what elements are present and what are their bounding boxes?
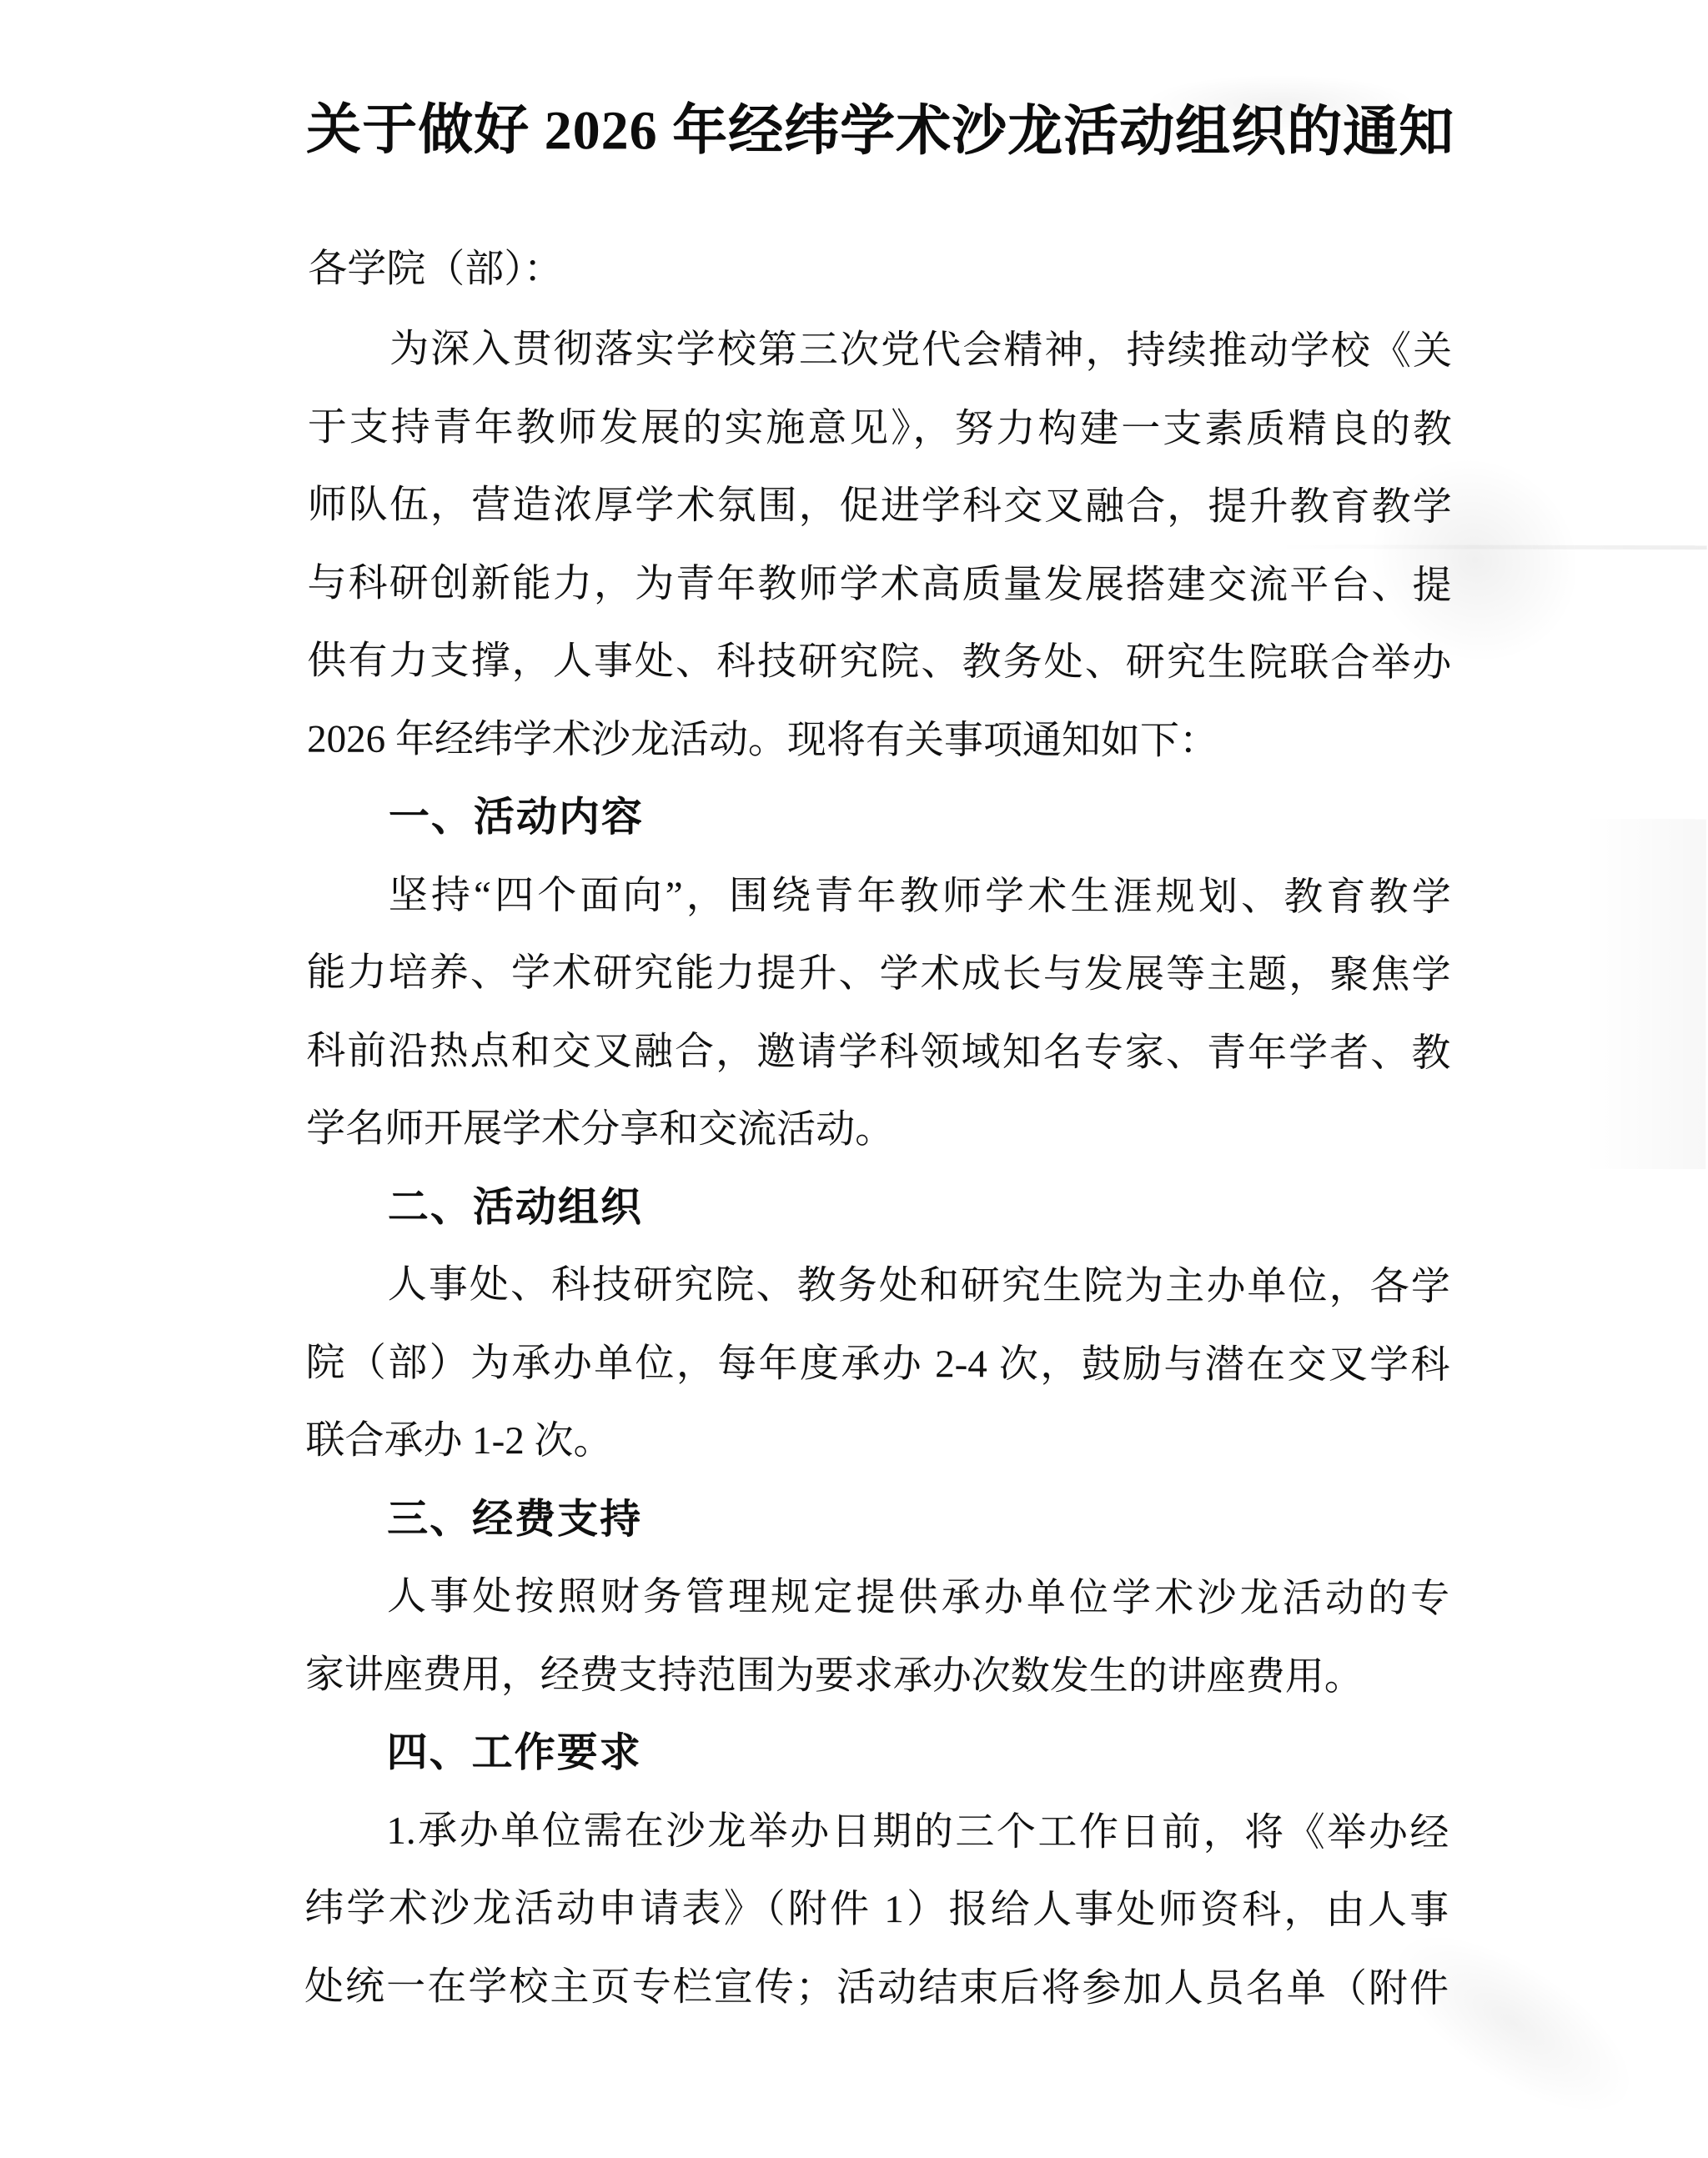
doc-line: 供有力支撑，人事处、科技研究院、教务处、研究生院联合举办 bbox=[307, 636, 1451, 689]
section-heading-2: 二、活动组织 bbox=[306, 1182, 1450, 1235]
doc-line: 纬学术沙龙活动申请表》（附件 1）报给人事处师资科，由人事 bbox=[304, 1884, 1449, 1936]
scanned-notice-page: 关于做好 2026 年经纬学术沙龙活动组织的通知 各学院（部）： 为深入贯彻落实… bbox=[0, 0, 1708, 2070]
doc-line: 1.承办单位需在沙龙举办日期的三个工作日前，将《举办经 bbox=[304, 1806, 1449, 1859]
section-heading-3: 三、经费支持 bbox=[305, 1494, 1449, 1547]
doc-line: 2026 年经纬学术沙龙活动。现将有关事项通知如下： bbox=[307, 715, 1451, 767]
doc-line: 家讲座费用，经费支持范围为要求承办次数发生的讲座费用。 bbox=[305, 1650, 1449, 1703]
section-heading-4: 四、工作要求 bbox=[305, 1728, 1449, 1780]
scan-artifact bbox=[1275, 545, 1707, 550]
doc-line: 于支持青年教师发展的实施意见》，努力构建一支素质精良的教 bbox=[308, 403, 1452, 455]
doc-line: 处统一在学校主页专栏宣传；活动结束后将参加人员名单（附件 bbox=[304, 1962, 1449, 2015]
doc-line: 科前沿热点和交叉融合，邀请学科领域知名专家、青年学者、教 bbox=[306, 1026, 1450, 1079]
doc-line: 院（部）为承办单位，每年度承办 2-4 次，鼓励与潜在交叉学科 bbox=[306, 1338, 1450, 1391]
doc-title: 关于做好 2026 年经纬学术沙龙活动组织的通知 bbox=[282, 98, 1479, 167]
doc-line: 能力培养、学术研究能力提升、学术成长与发展等主题，聚焦学 bbox=[306, 948, 1450, 1001]
doc-line: 坚持“四个面向”，围绕青年教师学术生涯规划、教育教学 bbox=[307, 871, 1451, 923]
scan-artifact bbox=[1582, 819, 1706, 1169]
doc-line: 联合承办 1-2 次。 bbox=[305, 1416, 1449, 1468]
doc-line: 人事处按照财务管理规定提供承办单位学术沙龙活动的专 bbox=[305, 1572, 1449, 1624]
doc-line: 师队伍，营造浓厚学术氛围，促进学科交叉融合，提升教育教学 bbox=[308, 480, 1452, 533]
doc-line: 与科研创新能力，为青年教师学术高质量发展搭建交流平台、提 bbox=[307, 559, 1451, 611]
salutation: 各学院（部）： bbox=[308, 244, 1452, 297]
doc-line: 人事处、科技研究院、教务处和研究生院为主办单位，各学 bbox=[306, 1260, 1450, 1312]
section-heading-1: 一、活动内容 bbox=[307, 792, 1451, 845]
doc-line: 为深入贯彻落实学校第三次党代会精神，持续推动学校《关 bbox=[308, 324, 1452, 377]
doc-line: 学名师开展学术分享和交流活动。 bbox=[306, 1104, 1450, 1157]
